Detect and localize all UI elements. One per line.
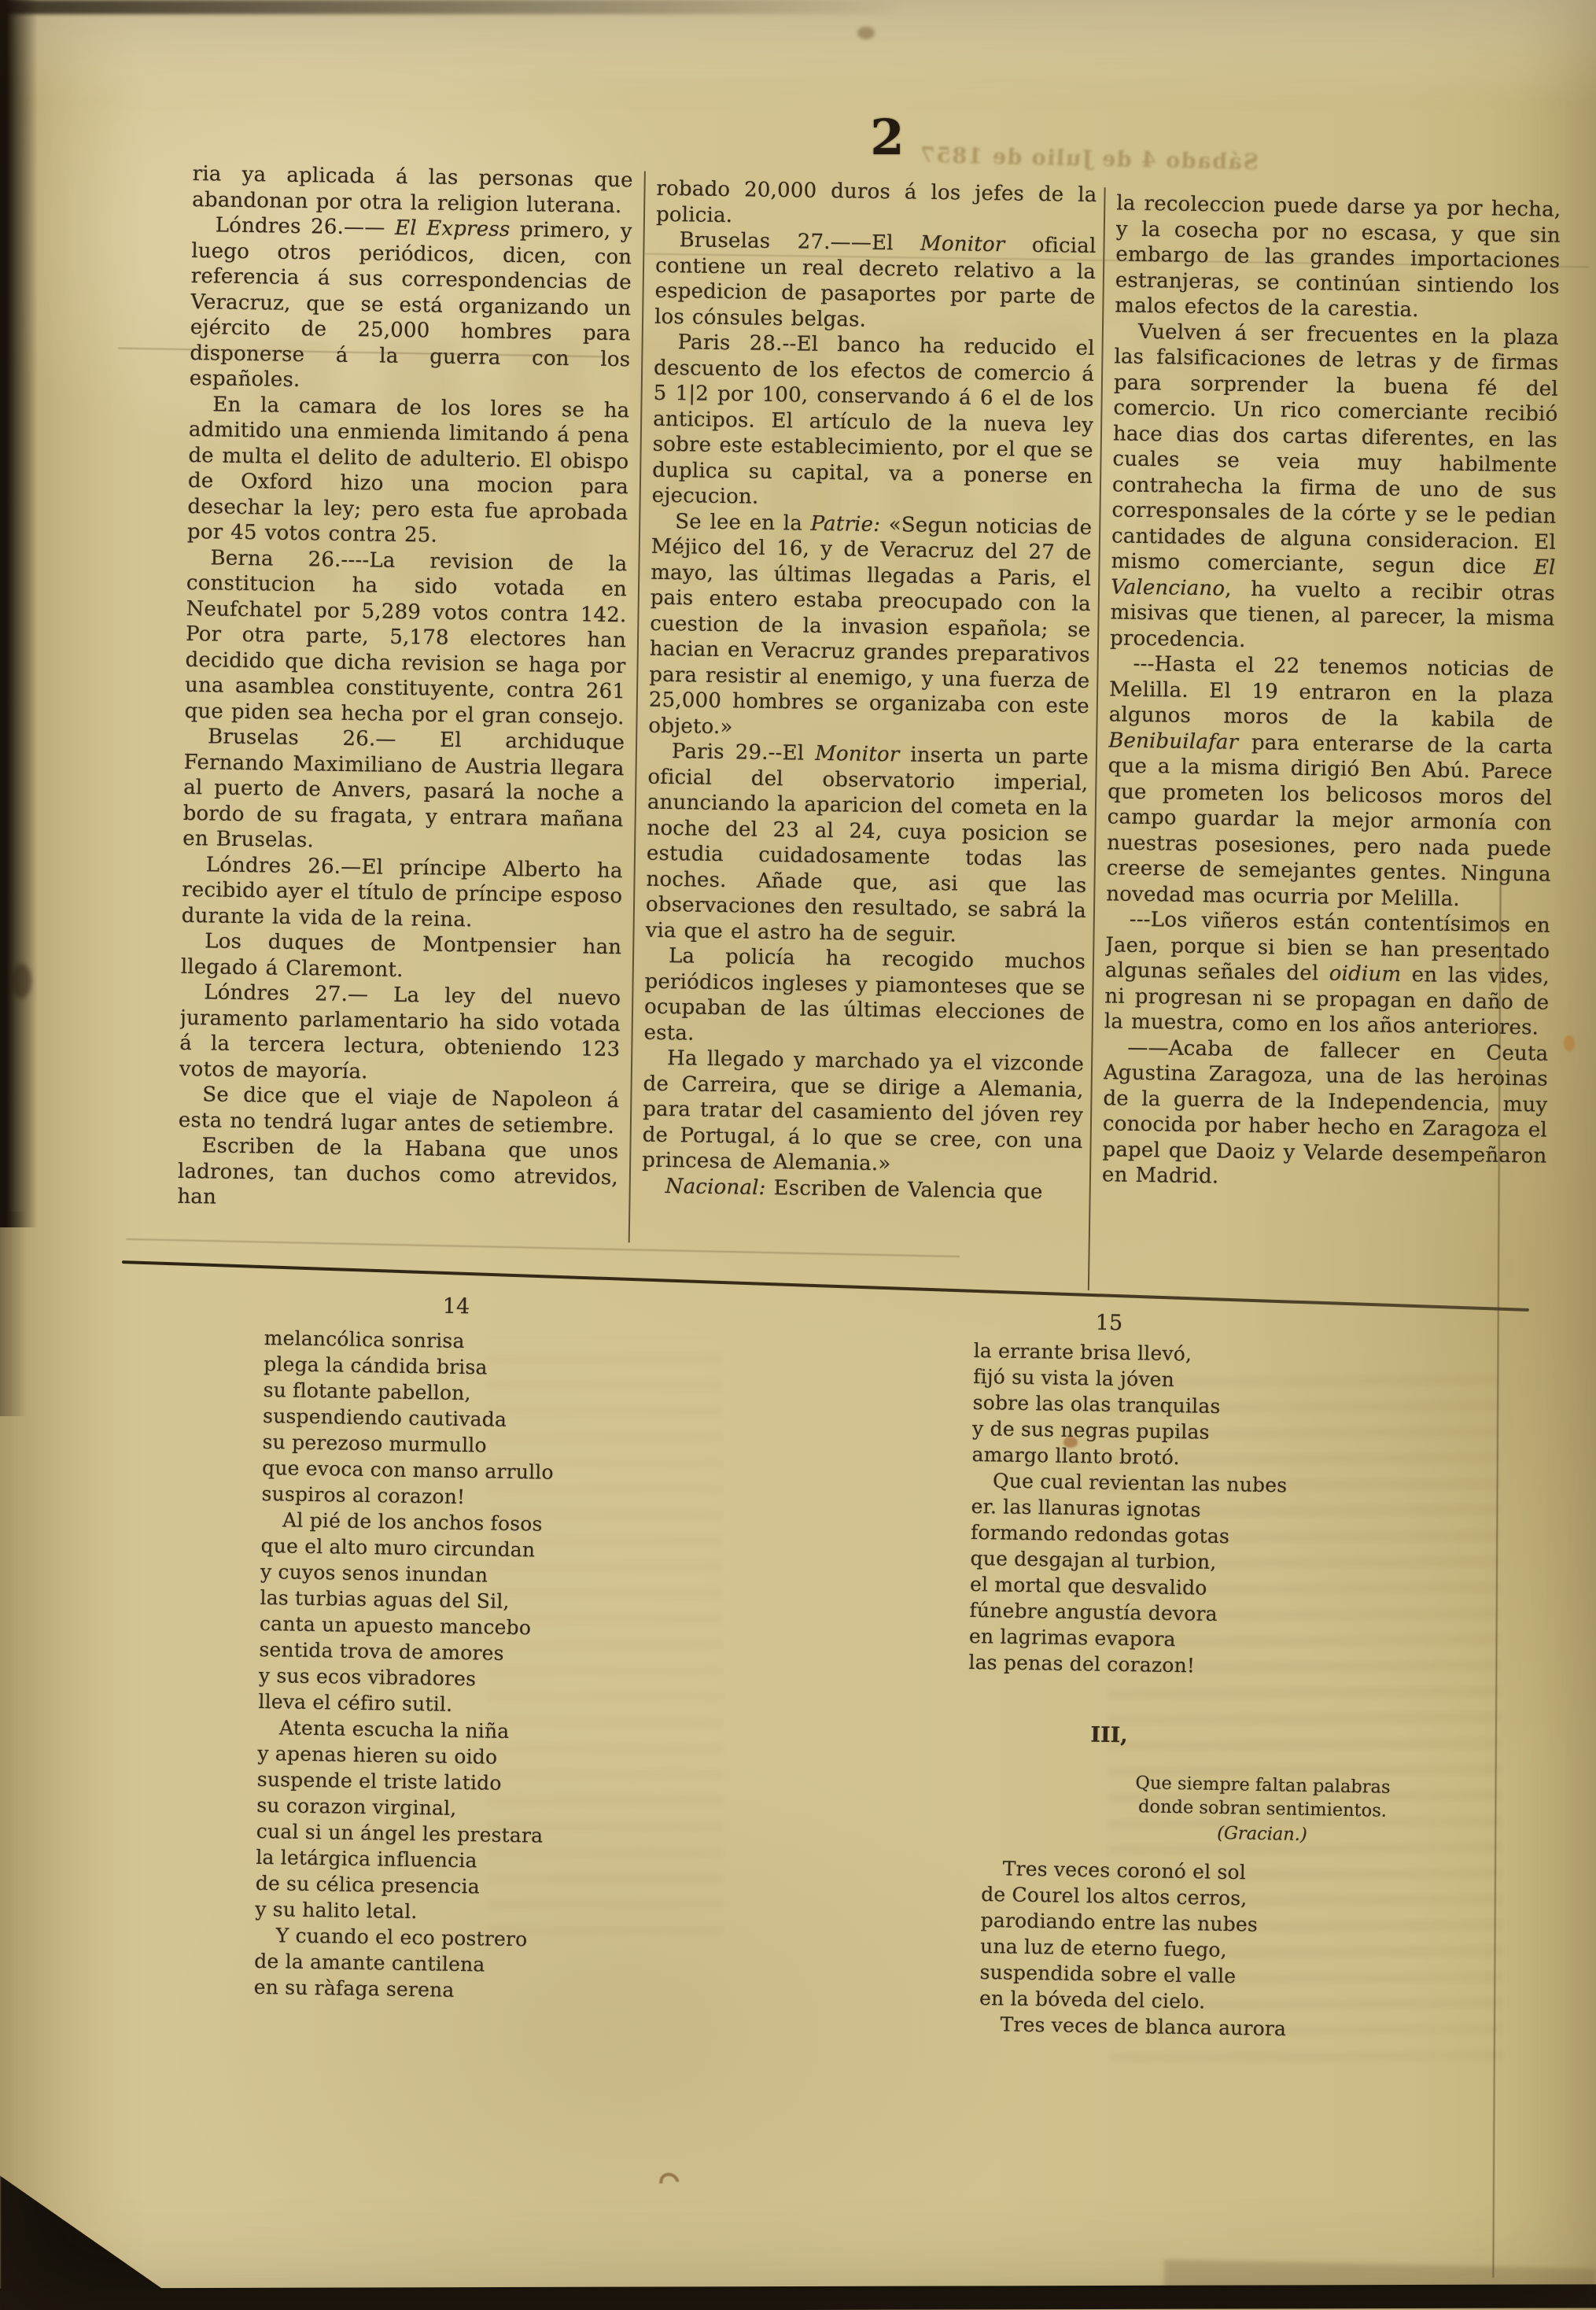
- epigraph-lines: Que siempre faltan palabrasdonde sobran …: [1117, 1771, 1409, 1823]
- news-paragraph: Paris 29.--El Monitor inserta un parte o…: [645, 739, 1089, 950]
- news-column-2: robado 20,000 duros á los jefes de la po…: [640, 176, 1097, 1284]
- poem-column-14: melancólica sonrisaplega la cándida bris…: [254, 1325, 721, 2007]
- ink-stain-4: [857, 27, 875, 39]
- poem-column-15: la errante brisa llevó,fijó su vista la …: [968, 1338, 1414, 1682]
- news-paragraph: La policía ha recogido muchos periódicos…: [643, 943, 1086, 1052]
- ink-stain-1: [1063, 1437, 1078, 1448]
- news-paragraph: Bruselas 26.— El archiduque Fernando Max…: [182, 724, 625, 858]
- epigraph-attribution: (Gracian.): [1116, 1820, 1407, 1848]
- news-paragraph: robado 20,000 duros á los jefes de la po…: [656, 176, 1097, 234]
- news-paragraph: Se lee en la Patrie: «Segun noticias de …: [648, 508, 1092, 745]
- news-paragraph: ——Acaba de fallecer en Ceuta Agustina Za…: [1102, 1035, 1549, 1194]
- ink-stain-3: [11, 964, 31, 998]
- news-paragraph: Se dice que el viaje de Napoleon á esta …: [179, 1082, 620, 1139]
- ink-stain-5: [1564, 1035, 1575, 1051]
- news-column-1: ria ya aplicada á las personas que aband…: [176, 161, 633, 1265]
- news-paragraph: ---Los viñeros están contentísimos en Ja…: [1104, 906, 1550, 1041]
- scanner-left-shadow-fade: [0, 1212, 27, 1416]
- news-paragraph: Berna 26.----La revision de la constituc…: [184, 544, 627, 730]
- news-paragraph: Vuelven á ser frecuentes en la plaza las…: [1110, 319, 1559, 658]
- scanner-left-shadow: [0, 0, 38, 1227]
- news-paragraph: la recoleccion puede darse ya por hecha,…: [1115, 190, 1561, 325]
- poem-section-stanza: Tres veces coronó el solde Courel los al…: [979, 1855, 1391, 2043]
- news-paragraph: Ha llegado y marchado ya el vizconde de …: [642, 1046, 1084, 1180]
- page-number: 2: [856, 109, 919, 166]
- news-paragraph: Bruselas 27.——El Monitor oficial contien…: [654, 227, 1097, 336]
- scanner-top-shadow: [0, 0, 905, 14]
- news-paragraph: Los duques de Montpensier han llegado á …: [181, 928, 622, 986]
- scanner-bottom-shadow: [0, 2284, 1596, 2310]
- news-paragraph: Paris 28.--El banco ha reducido el descu…: [652, 330, 1095, 515]
- poem-epigraph: Que siempre faltan palabrasdonde sobran …: [1116, 1771, 1409, 1848]
- news-paragraph: Lóndres 27.— La ley del nuevo juramento …: [179, 980, 621, 1088]
- news-paragraph: En la camara de los lores se ha admitido…: [187, 391, 630, 551]
- poem-section-heading: III,: [952, 1721, 1266, 1750]
- newspaper-page-scan: { "page": { "number": "2", "ghost_date":…: [0, 0, 1596, 2310]
- news-paragraph: ---Hasta el 22 tenemos noticias de Melil…: [1106, 651, 1554, 913]
- news-paragraph: Escriben de la Habana que unos ladrones,…: [177, 1133, 618, 1216]
- news-paragraph: Lóndres 26.—— El Express primero, y lueg…: [190, 212, 632, 398]
- poem-line: donde sobran sentimientos.: [1117, 1795, 1408, 1823]
- news-column-3: la recoleccion puede darse ya por hecha,…: [1100, 190, 1561, 1306]
- news-paragraph: Lóndres 26.—El príncipe Alberto ha recib…: [182, 851, 623, 935]
- paper-top-edge-highlight: [0, 0, 1596, 102]
- news-paragraph: Nacional: Escriben de Valencia que: [642, 1173, 1082, 1205]
- news-paragraph: ria ya aplicada á las personas que aband…: [192, 161, 633, 219]
- news-section: ria ya aplicada á las personas que aband…: [175, 161, 1569, 1362]
